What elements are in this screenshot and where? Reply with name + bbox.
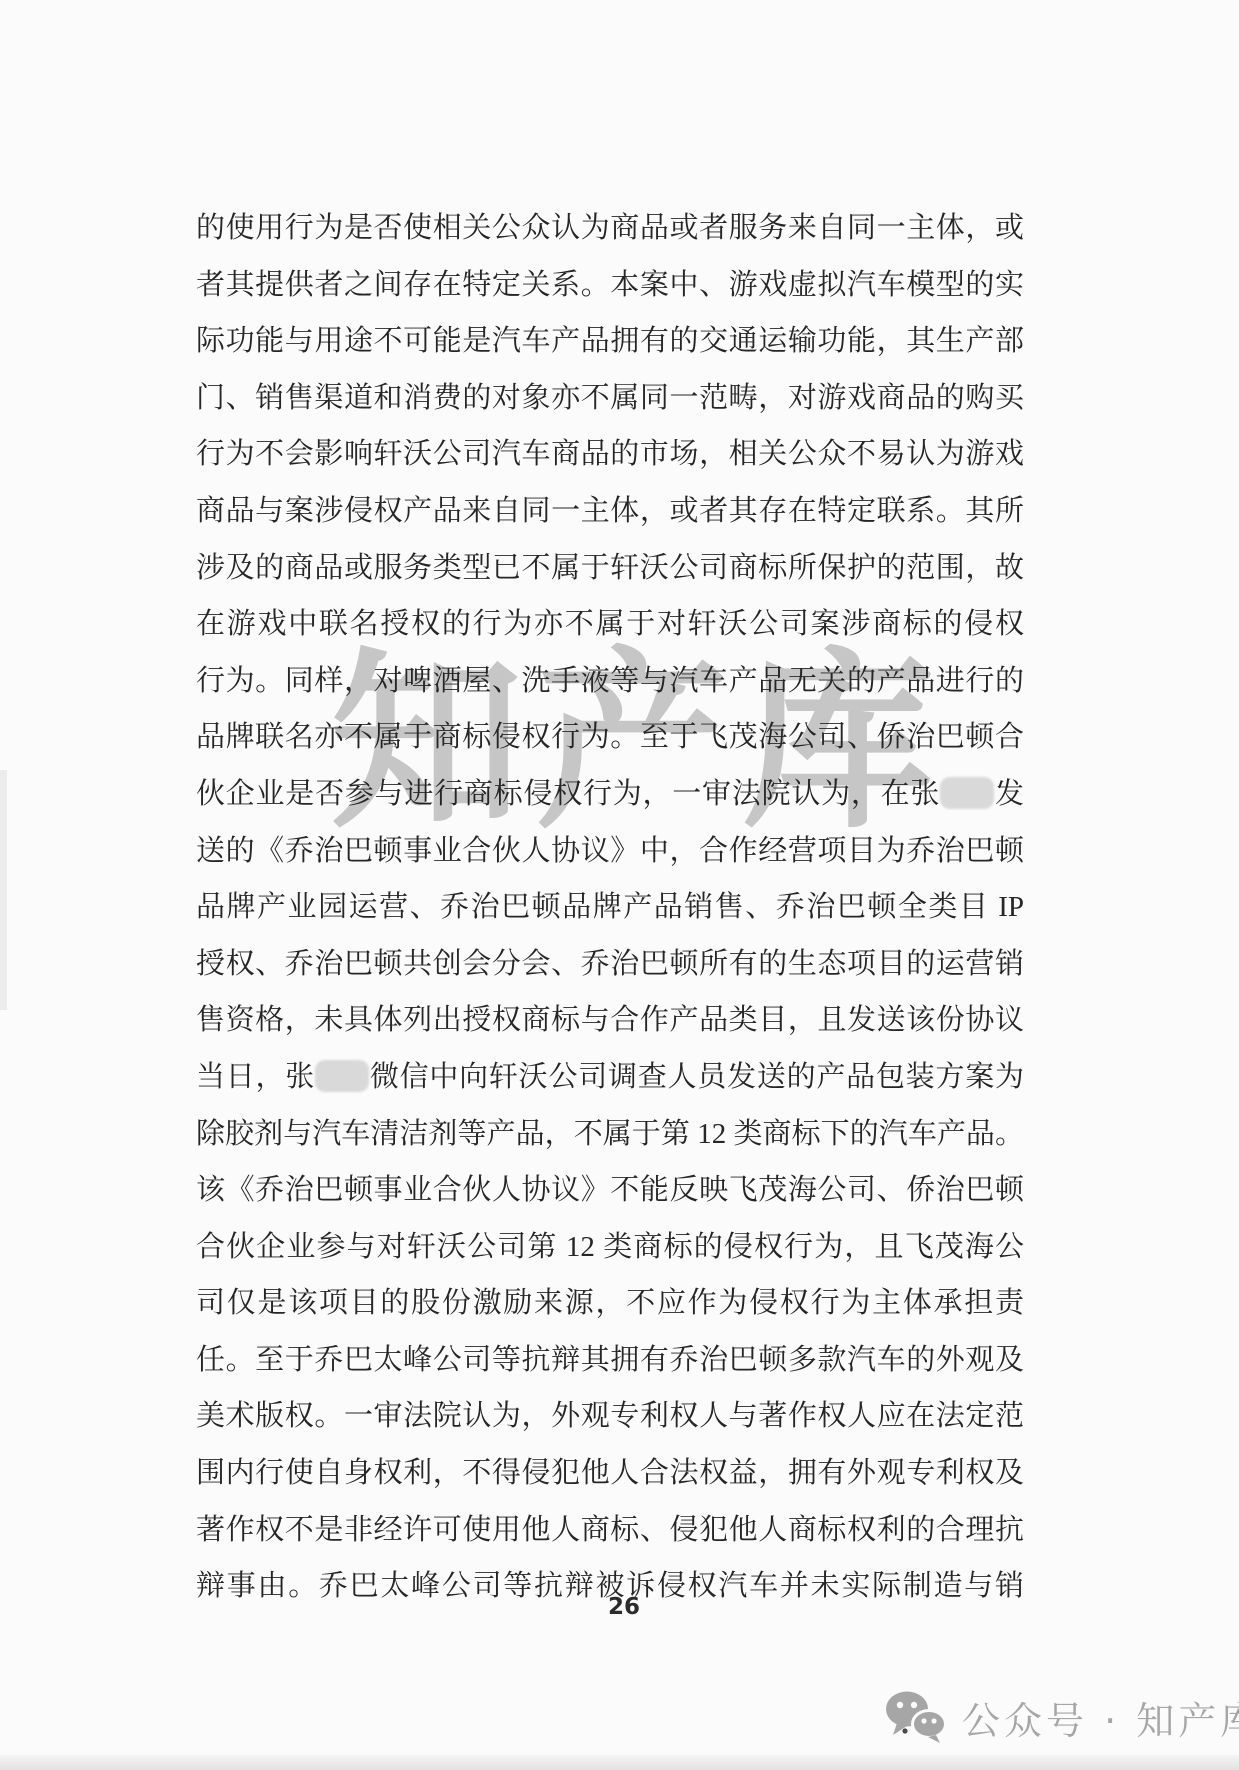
text-line: 售资格，未具体列出授权商标与合作产品类目，且发送该份协议 — [196, 992, 1024, 1049]
text-line: 司仅是该项目的股份激励来源，不应作为侵权行为主体承担责 — [196, 1275, 1024, 1332]
redaction-blur — [315, 1060, 369, 1092]
text-line: 门、销售渠道和消费的对象亦不属同一范畴，对游戏商品的购买 — [196, 370, 1024, 427]
text-line: 授权、乔治巴顿共创会分会、乔治巴顿所有的生态项目的运营销 — [196, 936, 1024, 993]
body-text: 的使用行为是否使相关公众认为商品或者服务来自同一主体，或者其提供者之间存在特定关… — [196, 200, 1024, 1615]
text-line: 在游戏中联名授权的行为亦不属于对轩沃公司案涉商标的侵权 — [196, 596, 1024, 653]
footer-text: 公众号 · 知产库 — [962, 1690, 1239, 1745]
text-line: 任。至于乔巴太峰公司等抗辩其拥有乔治巴顿多款汽车的外观及 — [196, 1332, 1024, 1389]
footer-branding: 公众号 · 知产库 — [884, 1690, 1239, 1744]
text-line: 除胶剂与汽车清洁剂等产品，不属于第 12 类商标下的汽车产品。 — [196, 1106, 1024, 1163]
redaction-blur — [940, 777, 994, 809]
text-line: 伙企业是否参与进行商标侵权行为，一审法院认为，在张发 — [196, 766, 1024, 823]
text-line: 围内行使自身权利，不得侵犯他人合法权益，拥有外观专利权及 — [196, 1445, 1024, 1502]
text-line: 涉及的商品或服务类型已不属于轩沃公司商标所保护的范围，故 — [196, 540, 1024, 597]
text-line: 行为。同样，对啤酒屋、洗手液等与汽车产品无关的产品进行的 — [196, 653, 1024, 710]
wechat-icon — [884, 1690, 948, 1744]
scan-edge-artifact-left — [0, 770, 7, 1010]
text-line: 际功能与用途不可能是汽车产品拥有的交通运输功能，其生产部 — [196, 313, 1024, 370]
text-line: 该《乔治巴顿事业合伙人协议》不能反映飞茂海公司、侨治巴顿 — [196, 1162, 1024, 1219]
text-line: 送的《乔治巴顿事业合伙人协议》中，合作经营项目为乔治巴顿 — [196, 823, 1024, 880]
text-line: 美术版权。一审法院认为，外观专利权人与著作权人应在法定范 — [196, 1388, 1024, 1445]
text-line: 商品与案涉侵权产品来自同一主体，或者其存在特定联系。其所 — [196, 483, 1024, 540]
scan-edge-artifact-bottom — [0, 1755, 1239, 1770]
document-page: 知产库 的使用行为是否使相关公众认为商品或者服务来自同一主体，或者其提供者之间存… — [0, 0, 1239, 1770]
text-line: 当日，张微信中向轩沃公司调查人员发送的产品包装方案为 — [196, 1049, 1024, 1106]
text-line: 行为不会影响轩沃公司汽车商品的市场，相关公众不易认为游戏 — [196, 426, 1024, 483]
text-line: 著作权不是非经许可使用他人商标、侵犯他人商标权利的合理抗 — [196, 1502, 1024, 1559]
text-line: 合伙企业参与对轩沃公司第 12 类商标的侵权行为，且飞茂海公 — [196, 1219, 1024, 1276]
text-line: 品牌联名亦不属于商标侵权行为。至于飞茂海公司、侨治巴顿合 — [196, 709, 1024, 766]
text-line: 者其提供者之间存在特定关系。本案中、游戏虚拟汽车模型的实 — [196, 257, 1024, 314]
page-number: 26 — [608, 1594, 640, 1620]
text-line: 的使用行为是否使相关公众认为商品或者服务来自同一主体，或 — [196, 200, 1024, 257]
text-line: 品牌产业园运营、乔治巴顿品牌产品销售、乔治巴顿全类目 IP — [196, 879, 1024, 936]
